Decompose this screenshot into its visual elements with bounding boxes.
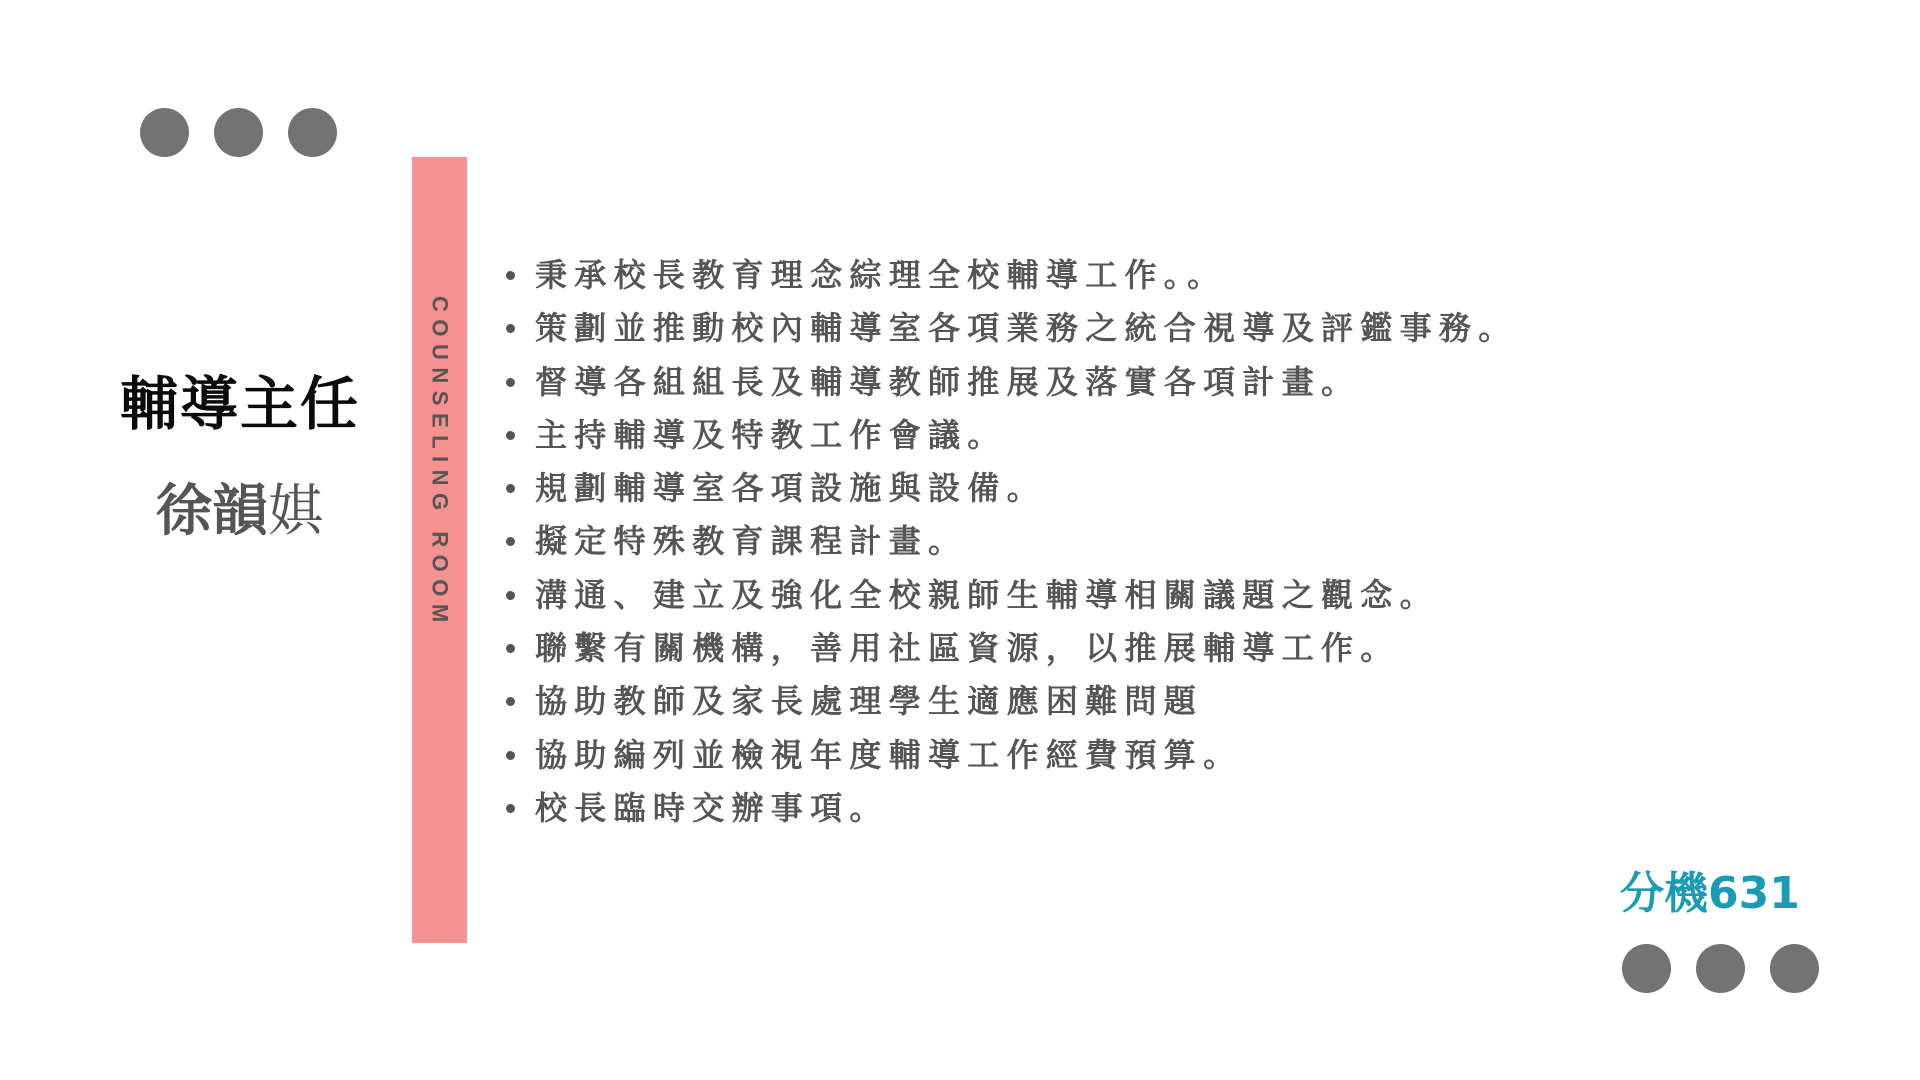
dot-icon [1622, 944, 1671, 993]
bullet-icon [506, 751, 515, 760]
duty-text: 協助編列並檢視年度輔導工作經費預算。 [535, 736, 1242, 774]
list-item: 協助教師及家長處理學生適應困難問題 [500, 675, 1518, 728]
bullet-icon [506, 644, 515, 653]
person-name-last: 娸 [268, 479, 324, 544]
bullet-icon [506, 484, 515, 493]
duty-text: 督導各組組長及輔導教師推展及落實各項計畫。 [535, 363, 1360, 401]
dot-icon [140, 108, 189, 157]
list-item: 溝通、建立及強化全校親師生輔導相關議題之觀念。 [500, 569, 1518, 622]
bullet-icon [506, 697, 515, 706]
bullet-icon [506, 804, 515, 813]
duty-text: 規劃輔導室各項設施與設備。 [535, 469, 1046, 507]
list-item: 規劃輔導室各項設施與設備。 [500, 462, 1518, 515]
bullet-icon [506, 378, 515, 387]
person-name-first: 徐韻 [156, 479, 268, 544]
duty-text: 聯繫有關機構，善用社區資源，以推展輔導工作。 [535, 629, 1400, 667]
list-item: 主持輔導及特教工作會議。 [500, 409, 1518, 462]
list-item: 秉承校長教育理念綜理全校輔導工作。。 [500, 249, 1518, 302]
duty-text: 校長臨時交辦事項。 [535, 789, 889, 827]
list-item: 協助編列並檢視年度輔導工作經費預算。 [500, 729, 1518, 782]
list-item: 督導各組組長及輔導教師推展及落實各項計畫。 [500, 356, 1518, 409]
counseling-room-label: COUNSELING ROOM [429, 296, 451, 652]
dot-icon [214, 108, 263, 157]
dot-icon [1770, 944, 1819, 993]
duty-text: 秉承校長教育理念綜理全校輔導工作。。 [535, 256, 1226, 294]
phone-extension: 分機631 [1620, 864, 1800, 924]
person-name: 徐韻娸 [100, 476, 380, 548]
dot-icon [1696, 944, 1745, 993]
list-item: 聯繫有關機構，善用社區資源，以推展輔導工作。 [500, 622, 1518, 675]
list-item: 校長臨時交辦事項。 [500, 782, 1518, 835]
list-item: 擬定特殊教育課程計畫。 [500, 515, 1518, 568]
duty-text: 擬定特殊教育課程計畫。 [535, 522, 967, 560]
duty-text: 策劃並推動校內輔導室各項業務之統合視導及評鑑事務。 [535, 309, 1518, 347]
duty-text: 主持輔導及特教工作會議。 [535, 416, 1007, 454]
list-item: 策劃並推動校內輔導室各項業務之統合視導及評鑑事務。 [500, 302, 1518, 355]
duty-text: 協助教師及家長處理學生適應困難問題 [535, 682, 1203, 720]
position-title: 輔導主任 [100, 368, 380, 440]
decorative-dots-top [140, 108, 337, 157]
bullet-icon [506, 271, 515, 280]
bullet-icon [506, 324, 515, 333]
bullet-icon [506, 431, 515, 440]
decorative-dots-bottom [1622, 944, 1819, 993]
accent-bar-label: COUNSELING ROOM [412, 296, 467, 652]
duties-list: 秉承校長教育理念綜理全校輔導工作。。 策劃並推動校內輔導室各項業務之統合視導及評… [500, 249, 1518, 835]
dot-icon [288, 108, 337, 157]
bullet-icon [506, 591, 515, 600]
bullet-icon [506, 537, 515, 546]
duty-text: 溝通、建立及強化全校親師生輔導相關議題之觀念。 [535, 576, 1439, 614]
